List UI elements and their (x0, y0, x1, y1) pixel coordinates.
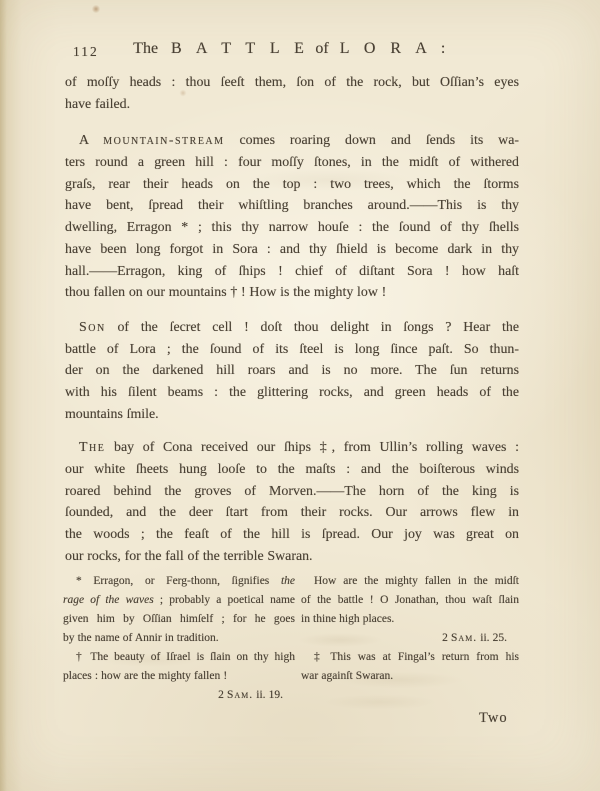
text-line: have bent, ſpread their whiſtling branch… (65, 195, 519, 217)
citation-verse: ii. 19. (253, 689, 283, 701)
footnote-line: war againſt Swaran. (301, 667, 519, 686)
italic-phrase: rage of the waves (63, 594, 154, 606)
catchword: Two (479, 710, 508, 727)
footnote-line: given him by Oſſian himſelf ; for he goe… (63, 610, 295, 629)
footnote-line: in thine high places. (301, 610, 519, 629)
text-line: A mountain-stream comes roaring down and… (65, 130, 519, 152)
book-page-scan: 112 The B A T T L E of L O R A : of moſſ… (0, 0, 600, 791)
footnote-line: places : how are the mighty fallen ! (63, 667, 295, 686)
footnote-column-right: How are the mighty fallen in the midſt o… (301, 572, 519, 705)
lead-text: A (79, 133, 103, 148)
footnote-line: † The beauty of Iſrael is ſlain on thy h… (63, 648, 295, 667)
title-word-battle: B A T T L E (171, 40, 309, 57)
text-line: have failed. (65, 94, 519, 116)
text-block: 112 The B A T T L E of L O R A : of moſſ… (65, 40, 519, 567)
paragraph-bay-of-cona: The bay of Cona received our ſhips ‡, fr… (65, 437, 519, 567)
running-header: 112 The B A T T L E of L O R A : (65, 40, 519, 62)
text-line: der on the darkened hill roars and is no… (65, 360, 519, 382)
text-line: battle of Lora ; the ſound of its ſteel … (65, 339, 519, 361)
small-caps-word: Son (79, 320, 106, 335)
citation-number: 2 (218, 689, 227, 701)
text-line: our rocks, for the fall of the terrible … (65, 546, 519, 568)
text-line: hall.——Erragon, king of ſhips ! chief of… (65, 261, 519, 283)
footnote-line: ‡ This was at Fingal’s return from his (301, 648, 519, 667)
text-line: Son of the ſecret cell ! doſt thou delig… (65, 317, 519, 339)
citation-book: Sam. (227, 689, 253, 701)
citation-number: 2 (442, 632, 451, 644)
text-line: thou fallen on our mountains † ! How is … (65, 282, 519, 304)
paragraph-son-of-secret-cell: Son of the ſecret cell ! doſt thou delig… (65, 317, 519, 425)
footnotes: * Erragon, or Ferg-thonn, ſignifies the … (63, 572, 519, 705)
footnote-line: by the name of Annir in tradition. (63, 629, 295, 648)
scripture-citation: 2 Sam. ii. 19. (63, 686, 295, 705)
italic-phrase: the (281, 575, 295, 587)
scripture-citation: 2 Sam. ii. 25. (301, 629, 519, 648)
page-number: 112 (73, 44, 99, 60)
small-caps-word: The (79, 440, 105, 455)
text-line: of moſſy heads : thou ſeeſt them, ſon of… (65, 72, 519, 94)
text-line: have been long forgot in Sora : and thy … (65, 239, 519, 261)
running-header-title: The B A T T L E of L O R A : (65, 40, 519, 58)
footnote-line: How are the mighty fallen in the midſt (301, 572, 519, 591)
text-line: ters round a green hill : four moſſy ſto… (65, 152, 519, 174)
footnote-line: of the battle ! O Jonathan, thou waſt ſl… (301, 591, 519, 610)
lead-rest: comes roaring down and ſends its wa- (225, 133, 519, 148)
text-line: roared behind the groves of Morven.——The… (65, 481, 519, 503)
citation-book: Sam. (451, 632, 477, 644)
lead-rest: bay of Cona received our ſhips ‡, from U… (105, 440, 519, 455)
footnote-line: * Erragon, or Ferg-thonn, ſignifies the (63, 572, 295, 591)
text-line: The bay of Cona received our ſhips ‡, fr… (65, 437, 519, 459)
text-line: the woods ; the feaſt of the hill is ſpr… (65, 524, 519, 546)
title-word-of: of (315, 40, 328, 57)
text-line: ſounded, and the deer ſtart from their r… (65, 502, 519, 524)
text-line: with his ſilent beams : the glittering r… (65, 382, 519, 404)
paragraph-mountain-stream: A mountain-stream comes roaring down and… (65, 130, 519, 304)
text-line: graſs, rear their heads on the top : two… (65, 174, 519, 196)
small-caps-word: mountain-stream (103, 133, 224, 148)
lead-rest: of the ſecret cell ! doſt thou delight i… (106, 320, 519, 335)
text-line: dwelling, Erragon * ; this thy narrow ho… (65, 217, 519, 239)
text-line: mountains ſmile. (65, 404, 519, 426)
title-word-lora: L O R A : (340, 40, 451, 57)
footnote-text: ; probably a poetical name (154, 594, 295, 606)
citation-verse: ii. 25. (477, 632, 507, 644)
paragraph-continuation: of moſſy heads : thou ſeeſt them, ſon of… (65, 72, 519, 115)
text-line: our white ſheets hung looſe to the maſts… (65, 459, 519, 481)
footnote-line: rage of the waves ; probably a poetical … (63, 591, 295, 610)
footnote-text: * Erragon, or Ferg-thonn, ſignifies (76, 575, 281, 587)
footnote-column-left: * Erragon, or Ferg-thonn, ſignifies the … (63, 572, 295, 705)
title-word-the: The (133, 40, 158, 57)
